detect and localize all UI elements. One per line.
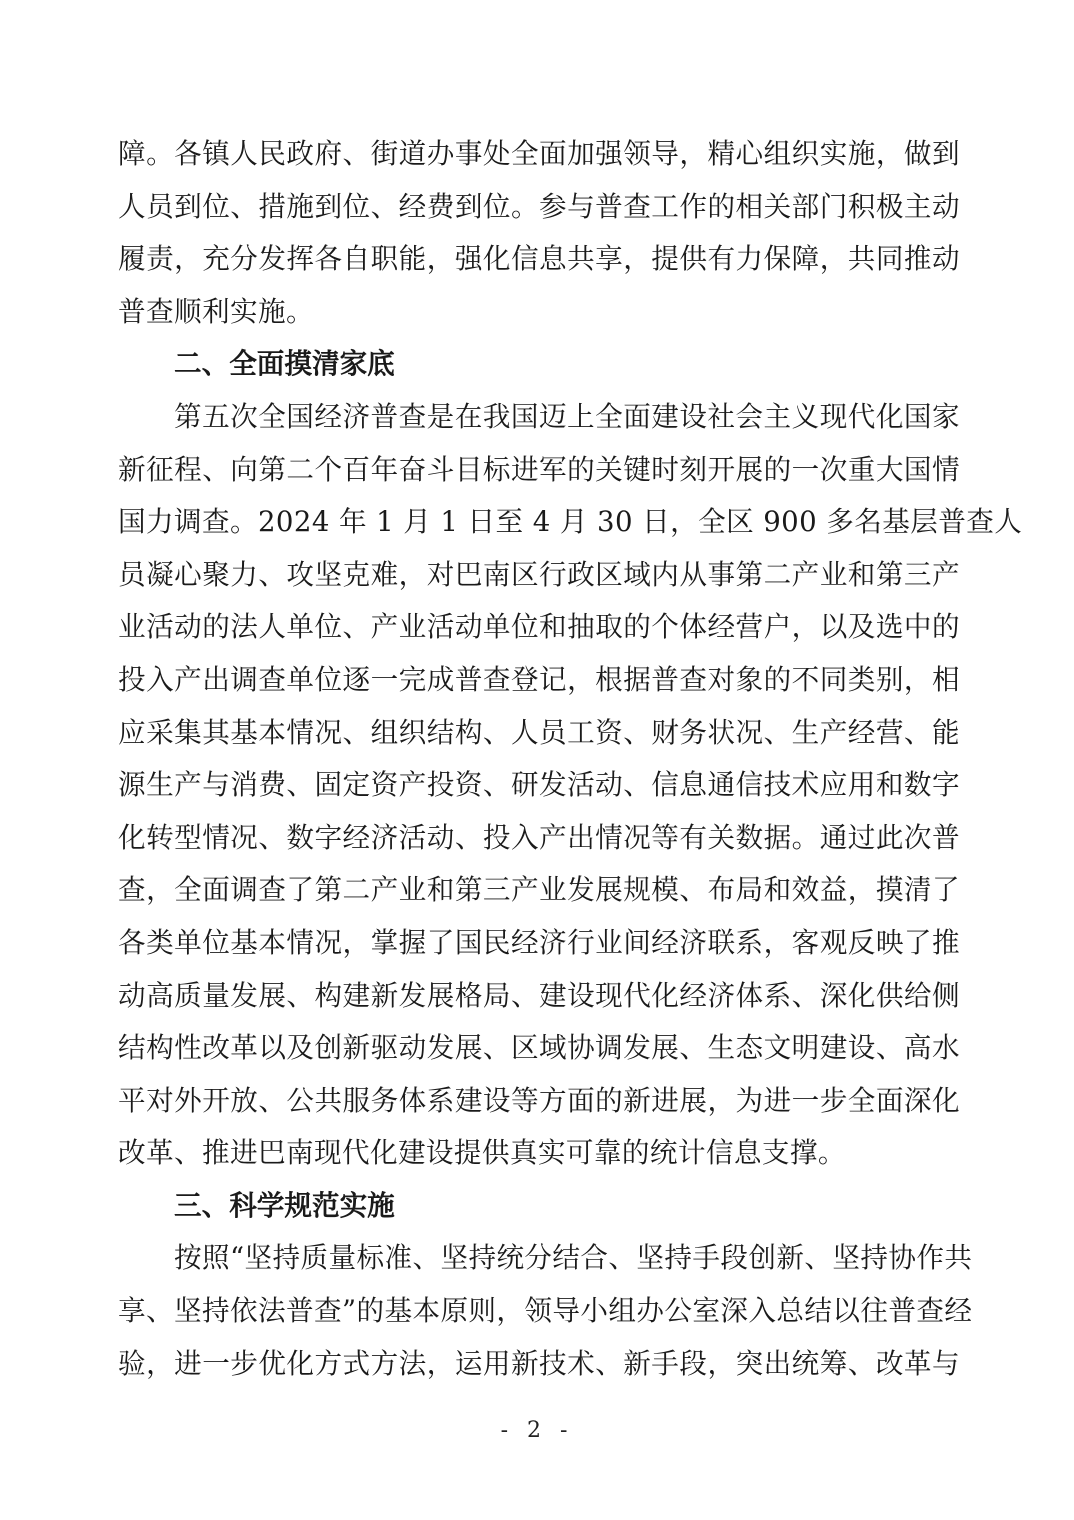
text-line: 国力调查。2024 年 1 月 1 日至 4 月 30 日，全区 900 多名基… bbox=[118, 496, 960, 549]
text-line: 验，进一步优化方式方法，运用新技术、新手段，突出统筹、改革与 bbox=[118, 1338, 960, 1391]
text-line: 新征程、向第二个百年奋斗目标进军的关键时刻开展的一次重大国情 bbox=[118, 444, 960, 497]
text-line: 享、坚持依法普查”的基本原则，领导小组办公室深入总结以往普查经 bbox=[118, 1285, 960, 1338]
paragraph-census-overview: 第五次全国经济普查是在我国迈上全面建设社会主义现代化国家 新征程、向第二个百年奋… bbox=[118, 391, 960, 1180]
text-line: 第五次全国经济普查是在我国迈上全面建设社会主义现代化国家 bbox=[118, 391, 960, 444]
text-line: 动高质量发展、构建新发展格局、建设现代化经济体系、深化供给侧 bbox=[118, 970, 960, 1023]
text-line: 障。各镇人民政府、街道办事处全面加强领导，精心组织实施，做到 bbox=[118, 128, 960, 181]
paragraph-implementation: 按照“坚持质量标准、坚持统分结合、坚持手段创新、坚持协作共 享、坚持依法普查”的… bbox=[118, 1232, 960, 1390]
paragraph-continuation-leadership: 障。各镇人民政府、街道办事处全面加强领导，精心组织实施，做到 人员到位、措施到位… bbox=[118, 128, 960, 338]
text-line: 改革、推进巴南现代化建设提供真实可靠的统计信息支撑。 bbox=[118, 1127, 960, 1180]
text-line: 各类单位基本情况，掌握了国民经济行业间经济联系，客观反映了推 bbox=[118, 917, 960, 970]
text-line: 履责，充分发挥各自职能，强化信息共享，提供有力保障，共同推动 bbox=[118, 233, 960, 286]
document-page: 障。各镇人民政府、街道办事处全面加强领导，精心组织实施，做到 人员到位、措施到位… bbox=[118, 128, 960, 1390]
page-number: - 2 - bbox=[0, 1418, 1074, 1443]
text-line: 化转型情况、数字经济活动、投入产出情况等有关数据。通过此次普 bbox=[118, 812, 960, 865]
text-line: 源生产与消费、固定资产投资、研发活动、信息通信技术应用和数字 bbox=[118, 759, 960, 812]
text-line: 查，全面调查了第二产业和第三产业发展规模、布局和效益，摸清了 bbox=[118, 864, 960, 917]
section-heading-2: 二、全面摸清家底 bbox=[118, 338, 960, 391]
text-line: 应采集其基本情况、组织结构、人员工资、财务状况、生产经营、能 bbox=[118, 707, 960, 760]
text-line: 按照“坚持质量标准、坚持统分结合、坚持手段创新、坚持协作共 bbox=[118, 1232, 960, 1285]
text-line: 业活动的法人单位、产业活动单位和抽取的个体经营户，以及选中的 bbox=[118, 601, 960, 654]
text-line: 结构性改革以及创新驱动发展、区域协调发展、生态文明建设、高水 bbox=[118, 1022, 960, 1075]
text-line: 普查顺利实施。 bbox=[118, 286, 960, 339]
text-line: 人员到位、措施到位、经费到位。参与普查工作的相关部门积极主动 bbox=[118, 181, 960, 234]
section-heading-3: 三、科学规范实施 bbox=[118, 1180, 960, 1233]
text-line: 投入产出调查单位逐一完成普查登记，根据普查对象的不同类别，相 bbox=[118, 654, 960, 707]
text-line: 员凝心聚力、攻坚克难，对巴南区行政区域内从事第二产业和第三产 bbox=[118, 549, 960, 602]
text-line: 平对外开放、公共服务体系建设等方面的新进展，为进一步全面深化 bbox=[118, 1075, 960, 1128]
